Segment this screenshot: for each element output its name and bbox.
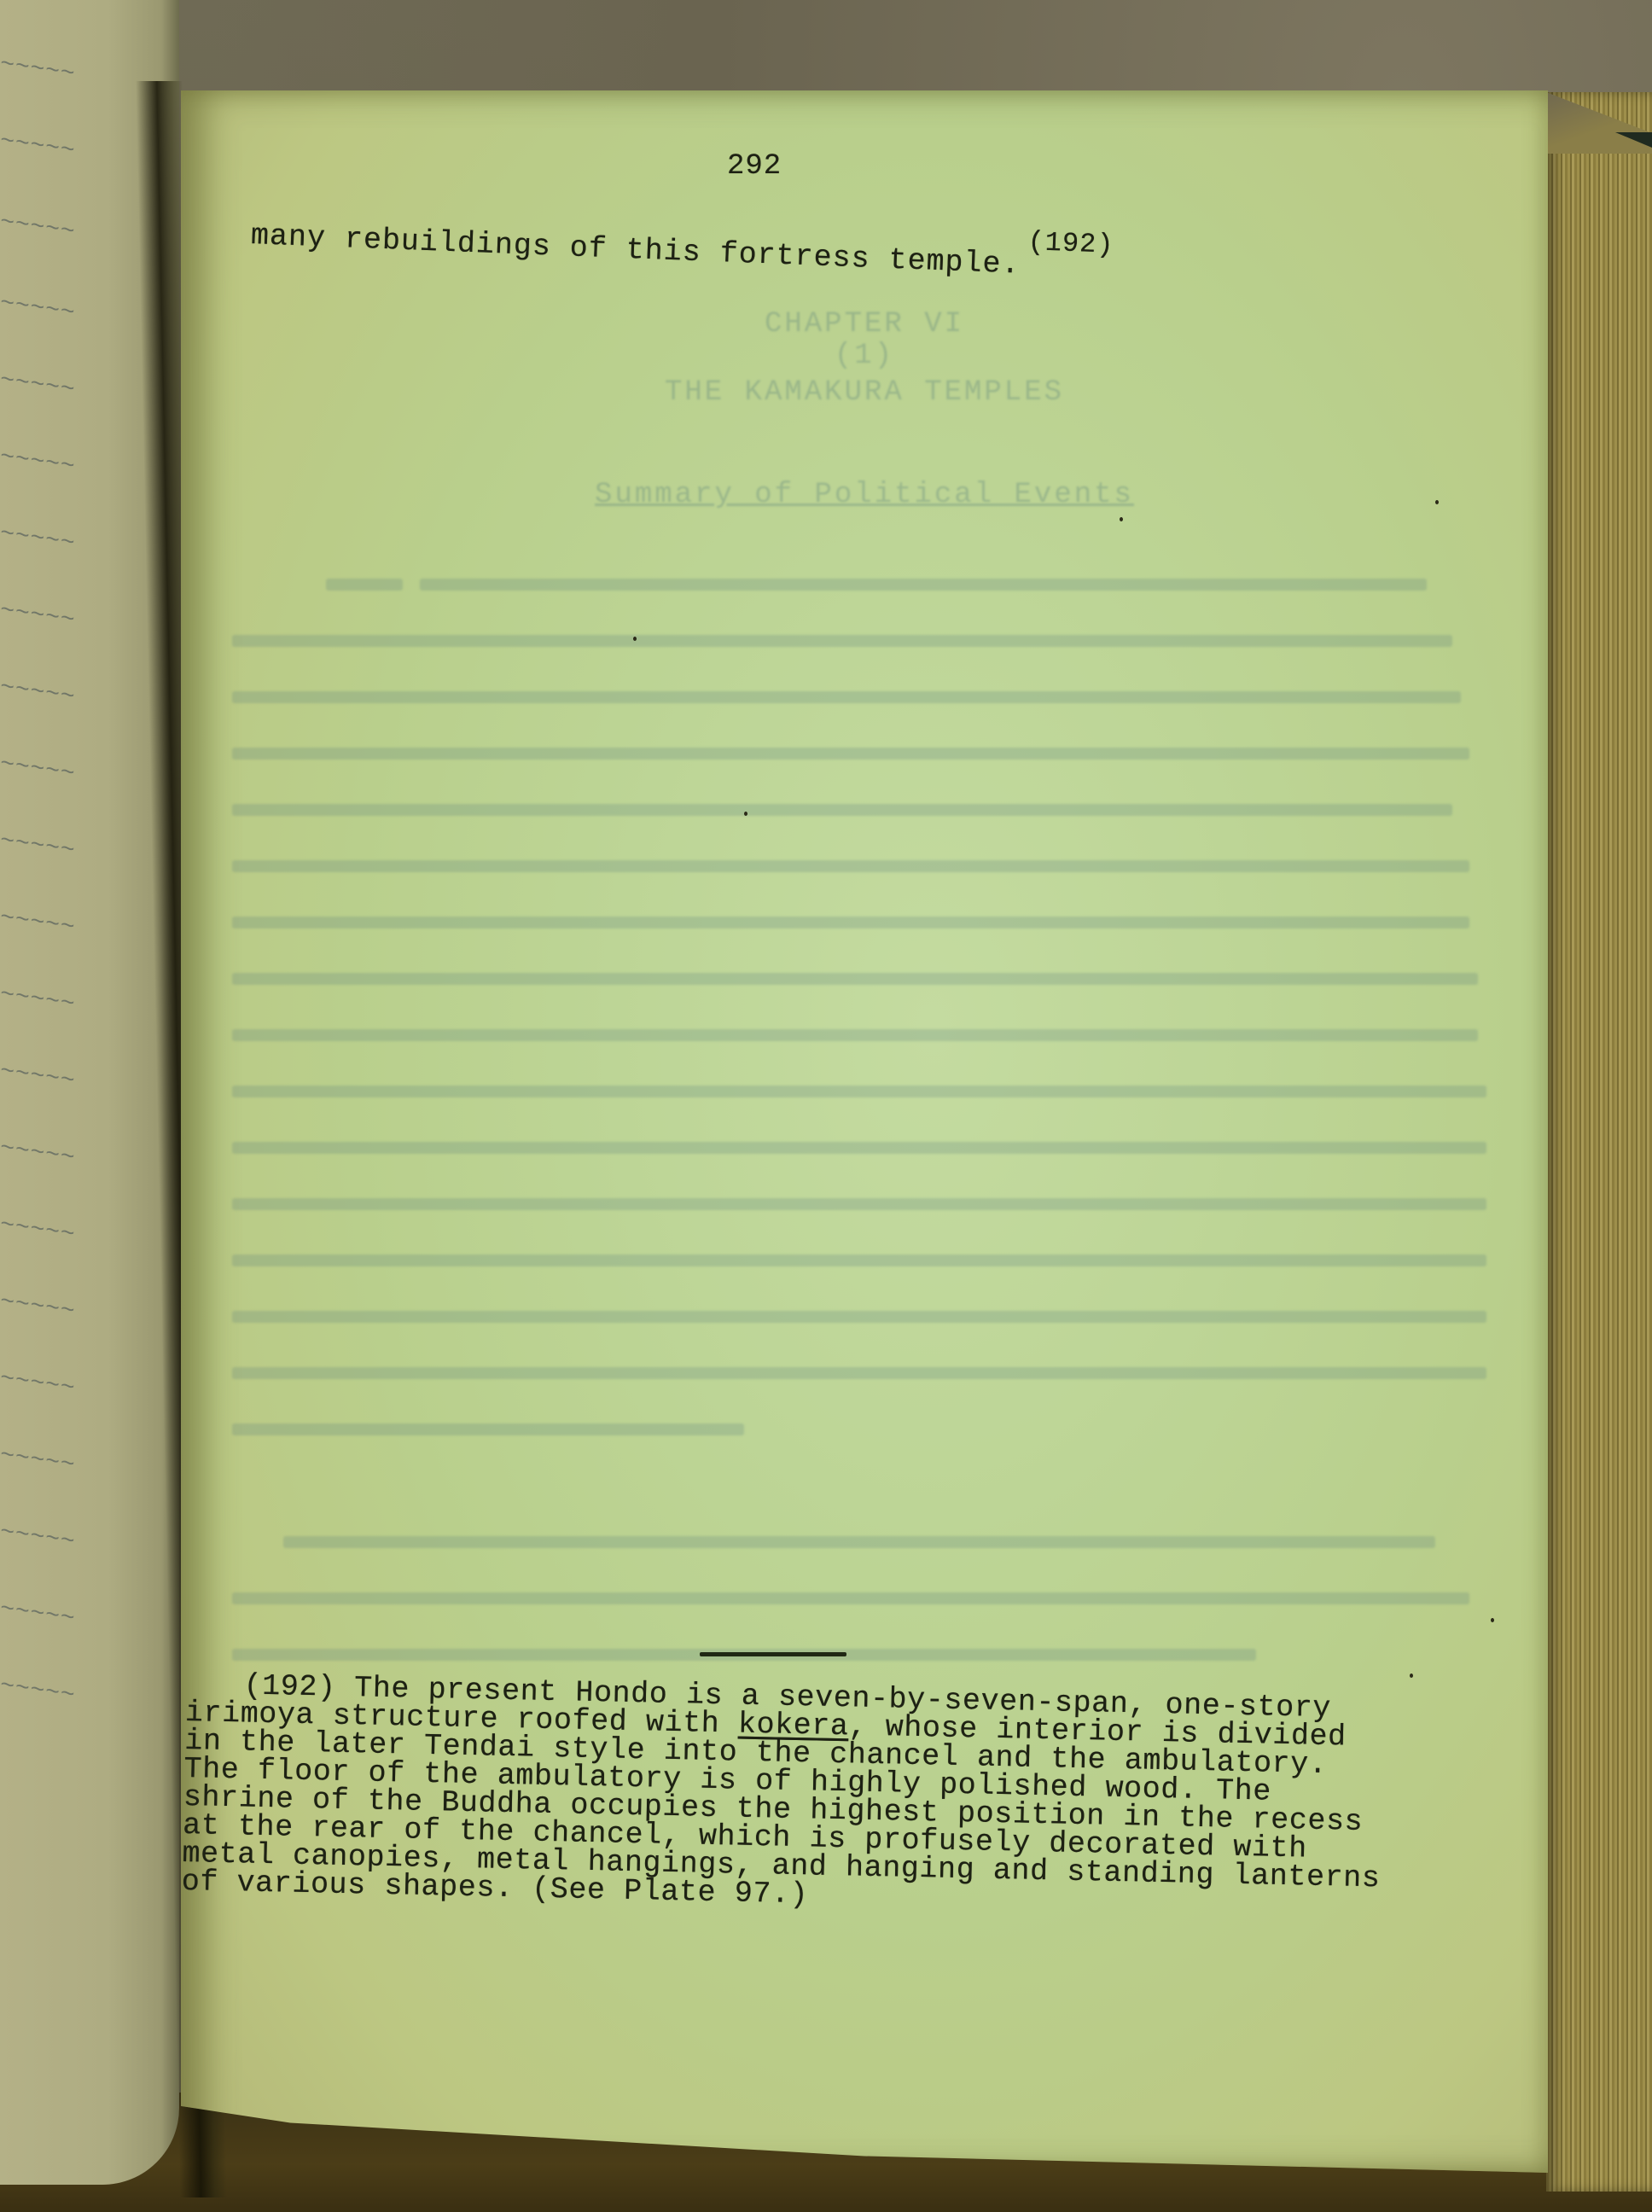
paper-speck <box>1435 500 1439 504</box>
paper-speck <box>1120 517 1123 521</box>
left-page-fragment: ~~~~~ <box>0 674 77 711</box>
left-page-fragment: ~~~~~ <box>0 1673 77 1709</box>
bleed-through-heading: THE KAMAKURA TEMPLES <box>181 376 1548 409</box>
bleed-through-heading: CHAPTER VI <box>181 308 1548 341</box>
left-page-fragment: ~~~~~ <box>0 1135 77 1172</box>
left-page-fragment: ~~~~~ <box>0 128 77 165</box>
left-page-fragment: ~~~~~ <box>0 290 77 327</box>
left-page-fragment: ~~~~~ <box>0 51 77 88</box>
left-page-fragment: ~~~~~ <box>0 521 77 557</box>
book-page-edges <box>1546 92 1652 2192</box>
left-page-fragment: ~~~~~ <box>0 828 77 864</box>
paper-speck <box>633 637 637 641</box>
bleed-through-heading: (1) <box>181 340 1548 372</box>
left-page-fragment: ~~~~~ <box>0 1519 77 1556</box>
document-page: CHAPTER VI (1) THE KAMAKURA TEMPLES Summ… <box>181 90 1548 2173</box>
left-page-fragment: ~~~~~ <box>0 1365 77 1402</box>
left-page-fragment: ~~~~~ <box>0 981 77 1018</box>
left-page-fragment: ~~~~~ <box>0 1058 77 1095</box>
paper-speck <box>1491 1618 1494 1622</box>
body-text-line: many rebuildings of this fortress temple… <box>250 218 1114 286</box>
left-page-fragment: ~~~~~ <box>0 367 77 404</box>
left-page-fragment: ~~~~~ <box>0 1289 77 1325</box>
footnote-192: (192) The present Hondo is a seven-by-se… <box>181 1671 1525 1924</box>
paper-speck <box>744 812 747 816</box>
body-text: many rebuildings of this fortress temple… <box>250 218 1021 282</box>
bleed-through-paragraph <box>232 556 1514 1682</box>
bleed-through-subtitle: Summary of Political Events <box>181 479 1548 511</box>
left-page-fragment: ~~~~~ <box>0 444 77 480</box>
paper-speck <box>1410 1674 1413 1678</box>
left-page-fragment: ~~~~~ <box>0 209 77 246</box>
left-page-fragment: ~~~~~ <box>0 905 77 941</box>
left-page-fragment: ~~~~~ <box>0 751 77 788</box>
page-number: 292 <box>727 150 782 183</box>
footnote-reference: (192) <box>1027 226 1114 261</box>
left-page-fragment: ~~~~~ <box>0 597 77 634</box>
left-page-fragment: ~~~~~ <box>0 1442 77 1479</box>
footnote-separator <box>700 1652 846 1656</box>
left-page-fragment: ~~~~~ <box>0 1212 77 1249</box>
left-page-fragment: ~~~~~ <box>0 1596 77 1633</box>
